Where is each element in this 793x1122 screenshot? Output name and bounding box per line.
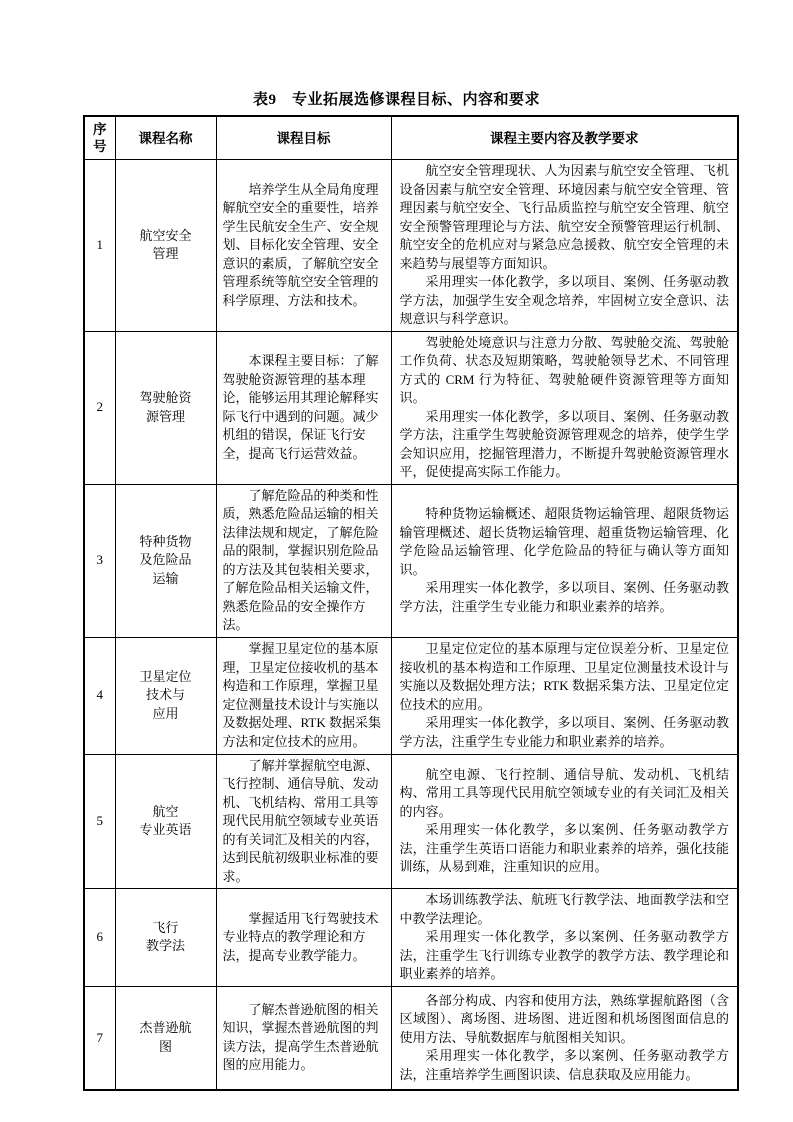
header-num: 序号 (84, 116, 115, 160)
table-row: 2 驾驶舱资 源管理 本课程主要目标：了解驾驶舱资源管理的基本理论，能够运用其理… (84, 331, 738, 484)
course-name-line: 航空安全 (120, 227, 212, 246)
objective-text: 了解并掌握航空电源、飞行控制、通信导航、发动机、飞机结构、常用工具等现代民用航空… (223, 757, 385, 887)
content-paragraph: 采用理实一体化教学，多以案例、任务驱动教学方法，注重学生英语口语能力和职业素养的… (400, 821, 730, 877)
course-objective: 掌握适用飞行驾驶技术专业特点的教学理论和方法，提高专业教学能力。 (216, 889, 391, 987)
course-name: 航空 专业英语 (115, 754, 216, 889)
row-number: 4 (84, 637, 115, 754)
row-number: 2 (84, 331, 115, 484)
course-name-line: 应用 (120, 705, 212, 724)
content-paragraph: 采用理实一体化教学，多以项目、案例、任务驱动教学方法，注重学生专业能力和职业素养… (400, 714, 730, 751)
objective-text: 培养学生从全局角度理解航空安全的重要性，培养学生民航安全生产、安全规划、目标化安… (223, 181, 385, 311)
content-paragraph: 采用理实一体化教学，多以案例、任务驱动教学方法，注重学生飞行训练专业教学的教学方… (400, 928, 730, 984)
table-row: 3 特种货物 及危险品 运输 了解危险品的种类和性质，熟悉危险品运输的相关法律法… (84, 484, 738, 637)
course-content: 各部分构成、内容和使用方法，熟练掌握航路图（含区域图）、离场图、进场图、进近图和… (391, 986, 738, 1090)
content-paragraph: 采用理实一体化教学，多以项目、案例、任务驱动教学方法，加强学生安全观念培养，牢固… (400, 273, 730, 329)
content-paragraph: 采用理实一体化教学，多以项目、案例、任务驱动教学方法，注重学生驾驶舱资源管理观念… (400, 408, 730, 482)
course-objective: 了解危险品的种类和性质，熟悉危险品运输的相关法律法规和规定，了解危险品的限制，掌… (216, 484, 391, 637)
header-course-objective: 课程目标 (216, 116, 391, 160)
content-paragraph: 特种货物运输概述、超限货物运输管理、超限货物运输管理概述、超长货物运输管理、超重… (400, 505, 730, 579)
content-paragraph: 采用理实一体化教学，多以项目、案例、任务驱动教学方法，注重学生专业能力和职业素养… (400, 579, 730, 616)
course-name: 卫星定位 技术与 应用 (115, 637, 216, 754)
row-number: 1 (84, 160, 115, 332)
header-row: 序号 课程名称 课程目标 课程主要内容及教学要求 (84, 116, 738, 160)
row-number: 5 (84, 754, 115, 889)
course-objective: 本课程主要目标：了解驾驶舱资源管理的基本理论，能够运用其理论解释实际飞行中遇到的… (216, 331, 391, 484)
table-row: 7 杰普逊航 图 了解杰普逊航图的相关知识，掌握杰普逊航图的判读方法，提高学生杰… (84, 986, 738, 1090)
course-table: 序号 课程名称 课程目标 课程主要内容及教学要求 1 航空安全 管理 培养学生从… (83, 115, 739, 1091)
course-objective: 培养学生从全局角度理解航空安全的重要性，培养学生民航安全生产、安全规划、目标化安… (216, 160, 391, 332)
course-name-line: 技术与 (120, 686, 212, 705)
row-number: 6 (84, 889, 115, 987)
objective-text: 本课程主要目标：了解驾驶舱资源管理的基本理论，能够运用其理论解释实际飞行中遇到的… (223, 352, 385, 463)
content-paragraph: 航空电源、飞行控制、通信导航、发动机、飞机结构、常用工具等现代民用航空领域专业的… (400, 766, 730, 822)
course-objective: 了解并掌握航空电源、飞行控制、通信导航、发动机、飞机结构、常用工具等现代民用航空… (216, 754, 391, 889)
course-content: 航空电源、飞行控制、通信导航、发动机、飞机结构、常用工具等现代民用航空领域专业的… (391, 754, 738, 889)
course-content: 特种货物运输概述、超限货物运输管理、超限货物运输管理概述、超长货物运输管理、超重… (391, 484, 738, 637)
course-name-line: 杰普逊航 (120, 1019, 212, 1038)
course-content: 卫星定位定位的基本原理与定位误差分析、卫星定位接收机的基本构造和工作原理、卫星定… (391, 637, 738, 754)
objective-text: 掌握适用飞行驾驶技术专业特点的教学理论和方法，提高专业教学能力。 (223, 910, 385, 966)
objective-text: 掌握卫星定位的基本原理，卫星定位接收机的基本构造和工作原理，掌握卫星定位测量技术… (223, 640, 385, 751)
course-name-line: 卫星定位 (120, 668, 212, 687)
header-course-name: 课程名称 (115, 116, 216, 160)
content-paragraph: 各部分构成、内容和使用方法，熟练掌握航路图（含区域图）、离场图、进场图、进近图和… (400, 992, 730, 1048)
course-objective: 掌握卫星定位的基本原理，卫星定位接收机的基本构造和工作原理，掌握卫星定位测量技术… (216, 637, 391, 754)
document-page: 表9 专业拓展选修课程目标、内容和要求 序号 课程名称 课程目标 课程主要内容及… (0, 0, 793, 1122)
header-course-content: 课程主要内容及教学要求 (391, 116, 738, 160)
content-paragraph: 航空安全管理现状、人为因素与航空安全管理、飞机设备因素与航空安全管理、环境因素与… (400, 162, 730, 273)
course-name: 杰普逊航 图 (115, 986, 216, 1090)
course-name-line: 图 (120, 1038, 212, 1057)
course-name-line: 教学法 (120, 937, 212, 956)
content-paragraph: 采用理实一体化教学，多以案例、任务驱动教学方法，注重培养学生画图识读、信息获取及… (400, 1047, 730, 1084)
table-row: 1 航空安全 管理 培养学生从全局角度理解航空安全的重要性，培养学生民航安全生产… (84, 160, 738, 332)
course-name: 航空安全 管理 (115, 160, 216, 332)
course-name-line: 源管理 (120, 408, 212, 427)
course-name-line: 专业英语 (120, 821, 212, 840)
row-number: 7 (84, 986, 115, 1090)
table-title: 表9 专业拓展选修课程目标、内容和要求 (0, 88, 793, 109)
course-content: 驾驶舱处境意识与注意力分散、驾驶舱交流、驾驶舱工作负荷、状态及短期策略，驾驶舱领… (391, 331, 738, 484)
table-row: 5 航空 专业英语 了解并掌握航空电源、飞行控制、通信导航、发动机、飞机结构、常… (84, 754, 738, 889)
table-row: 4 卫星定位 技术与 应用 掌握卫星定位的基本原理，卫星定位接收机的基本构造和工… (84, 637, 738, 754)
course-name-line: 及危险品 (120, 551, 212, 570)
course-name: 驾驶舱资 源管理 (115, 331, 216, 484)
content-paragraph: 驾驶舱处境意识与注意力分散、驾驶舱交流、驾驶舱工作负荷、状态及短期策略，驾驶舱领… (400, 334, 730, 408)
objective-text: 了解杰普逊航图的相关知识，掌握杰普逊航图的判读方法，提高学生杰普逊航图的应用能力… (223, 1001, 385, 1075)
course-name-line: 驾驶舱资 (120, 389, 212, 408)
course-name-line: 运输 (120, 570, 212, 589)
content-paragraph: 本场训练教学法、航班飞行教学法、地面教学法和空中教学法理论。 (400, 891, 730, 928)
content-paragraph: 卫星定位定位的基本原理与定位误差分析、卫星定位接收机的基本构造和工作原理、卫星定… (400, 640, 730, 714)
table-row: 6 飞行 教学法 掌握适用飞行驾驶技术专业特点的教学理论和方法，提高专业教学能力… (84, 889, 738, 987)
row-number: 3 (84, 484, 115, 637)
course-name-line: 特种货物 (120, 533, 212, 552)
course-name-line: 航空 (120, 803, 212, 822)
objective-text: 了解危险品的种类和性质，熟悉危险品运输的相关法律法规和规定，了解危险品的限制，掌… (223, 487, 385, 635)
course-name-line: 管理 (120, 245, 212, 264)
course-name: 特种货物 及危险品 运输 (115, 484, 216, 637)
course-name: 飞行 教学法 (115, 889, 216, 987)
course-content: 本场训练教学法、航班飞行教学法、地面教学法和空中教学法理论。 采用理实一体化教学… (391, 889, 738, 987)
course-name-line: 飞行 (120, 919, 212, 938)
course-content: 航空安全管理现状、人为因素与航空安全管理、飞机设备因素与航空安全管理、环境因素与… (391, 160, 738, 332)
course-objective: 了解杰普逊航图的相关知识，掌握杰普逊航图的判读方法，提高学生杰普逊航图的应用能力… (216, 986, 391, 1090)
